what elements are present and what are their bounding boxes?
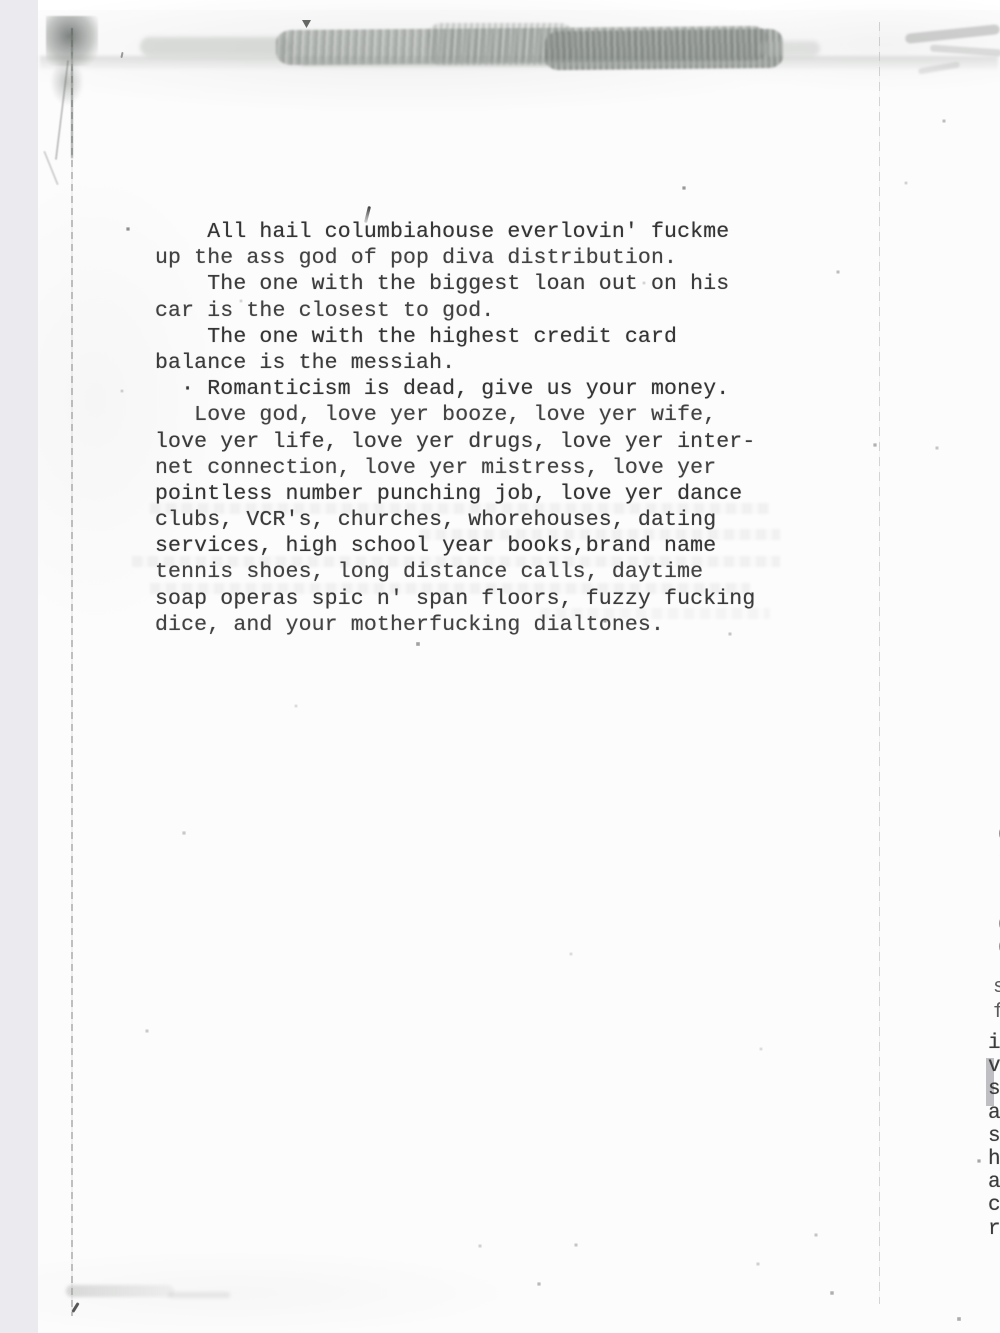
cutoff-letter: ' bbox=[996, 878, 1000, 901]
bottom-smudge bbox=[66, 1285, 174, 1297]
text-line: The one with the highest credit card bbox=[155, 324, 755, 350]
cutoff-letter: s bbox=[988, 1125, 1000, 1148]
text-line: tennis shoes, long distance calls, dayti… bbox=[155, 559, 755, 585]
paper-speckles bbox=[0, 0, 2, 2]
ink-smudge-band bbox=[758, 41, 820, 56]
scanned-page-view: All hail columbiahouse everlovin' fuckme… bbox=[0, 0, 1000, 1333]
text-line: net connection, love yer mistress, love … bbox=[155, 455, 755, 481]
text-line: clubs, VCR's, churches, whorehouses, dat… bbox=[155, 507, 755, 533]
scanned-document-page bbox=[38, 0, 1000, 1333]
text-line: love yer life, love yer drugs, love yer … bbox=[155, 429, 755, 455]
text-line: balance is the messiah. bbox=[155, 350, 755, 376]
page-fold-line-left bbox=[71, 28, 73, 1316]
viewer-background-strip bbox=[0, 0, 38, 1333]
cutoff-letter: r bbox=[988, 1218, 1000, 1241]
cutoff-letter: s bbox=[993, 976, 1000, 999]
cutoff-letter: ' bbox=[996, 780, 1000, 803]
cutoff-letter: ` bbox=[996, 854, 1000, 877]
text-line: All hail columbiahouse everlovin' fuckme bbox=[155, 219, 755, 245]
text-line: dice, and your motherfucking dialtones. bbox=[155, 612, 755, 638]
bottom-smudge bbox=[168, 1292, 230, 1298]
cutoff-letter: v bbox=[988, 1055, 1000, 1078]
ink-smudge-band bbox=[140, 37, 292, 56]
typewritten-text: All hail columbiahouse everlovin' fuckme… bbox=[155, 219, 755, 638]
cutoff-letter: a bbox=[988, 1171, 1000, 1194]
text-line: car is the closest to god. bbox=[155, 298, 755, 324]
text-line: Love god, love yer booze, love yer wife, bbox=[155, 402, 755, 428]
text-line: services, high school year books,brand n… bbox=[155, 533, 755, 559]
text-line: up the ass god of pop diva distribution. bbox=[155, 245, 755, 271]
cutoff-letter: ( bbox=[996, 823, 1000, 846]
cutoff-letter: i bbox=[988, 1032, 1000, 1055]
cutoff-letter: c bbox=[988, 1194, 1000, 1217]
cutoff-letter: s bbox=[988, 1078, 1000, 1101]
text-line: · Romanticism is dead, give us your mone… bbox=[155, 376, 755, 402]
cutoff-letter: ( bbox=[996, 913, 1000, 936]
cutoff-letter: h bbox=[988, 1148, 1000, 1171]
text-line: soap operas spic n' span floors, fuzzy f… bbox=[155, 586, 755, 612]
text-line: pointless number punching job, love yer … bbox=[155, 481, 755, 507]
text-line: The one with the biggest loan out on his bbox=[155, 271, 755, 297]
cutoff-letter: a bbox=[988, 1102, 1000, 1125]
page-fold-line-right bbox=[879, 22, 880, 1304]
adjacent-column-fragments-lower: ivsashacr bbox=[988, 1032, 1000, 1241]
cutoff-letter: f bbox=[993, 1001, 1000, 1024]
ink-smudge-band bbox=[300, 60, 770, 66]
